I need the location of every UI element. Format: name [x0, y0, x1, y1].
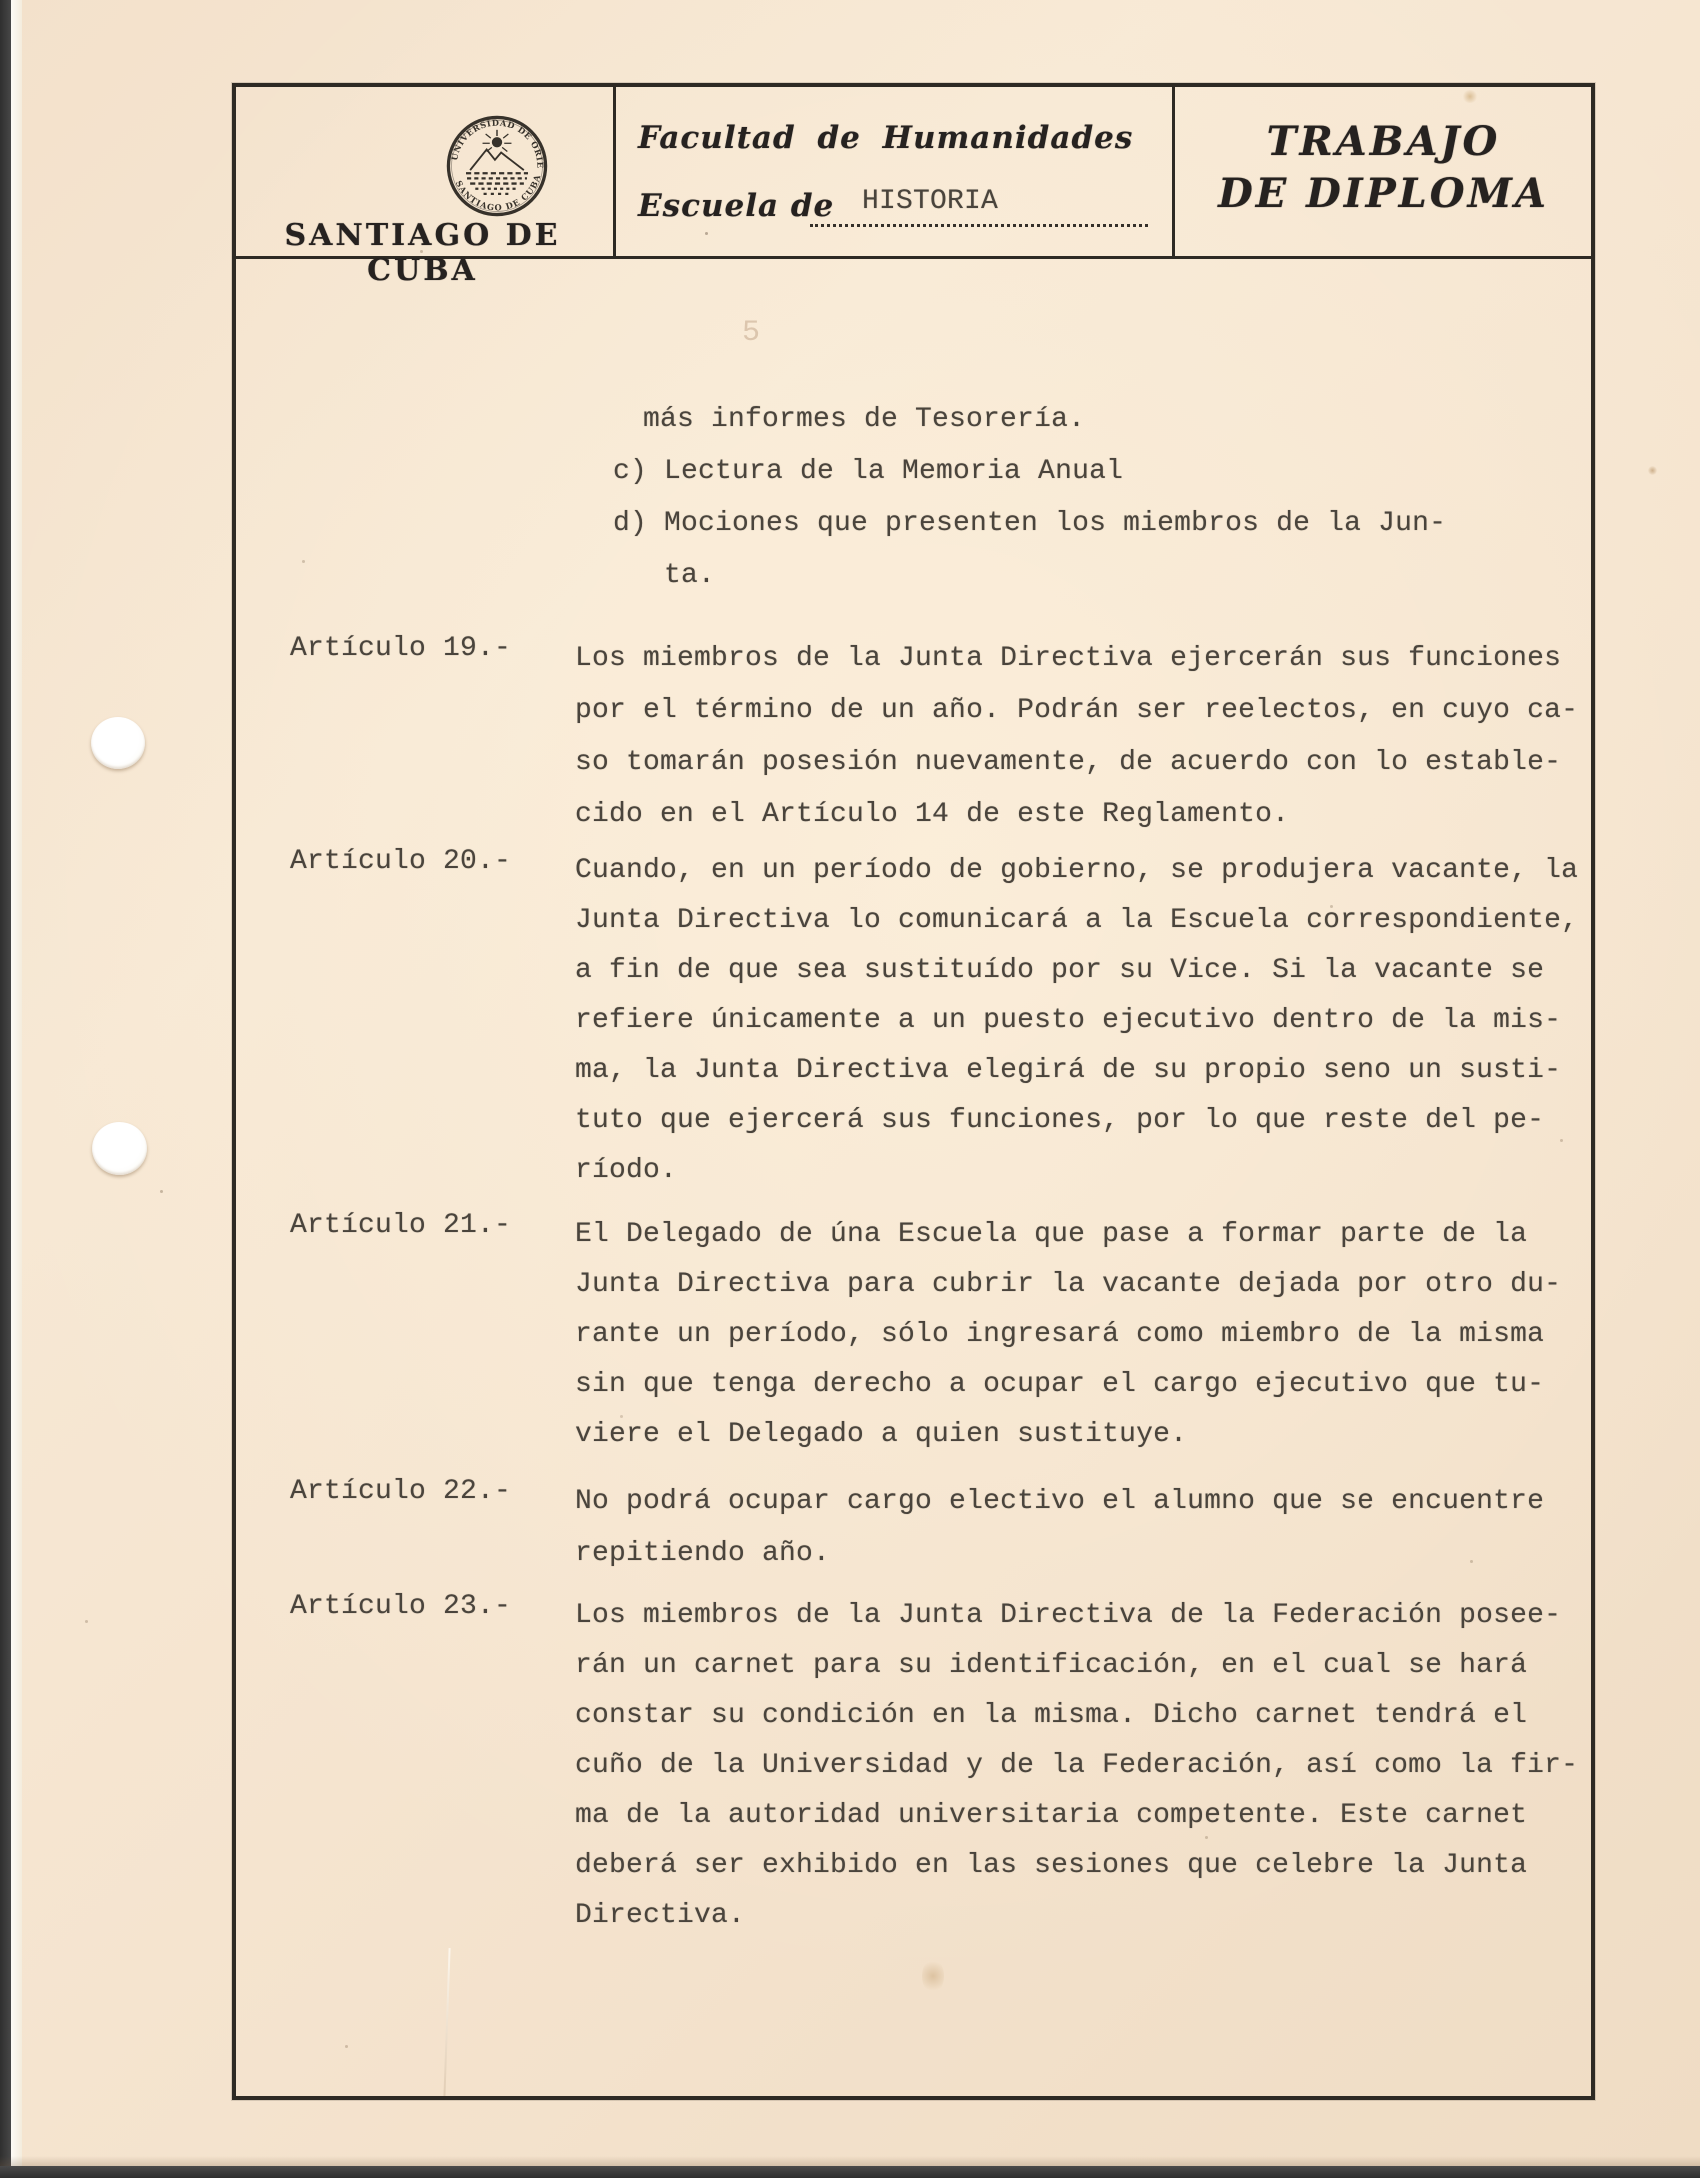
seal-sea-icon — [466, 173, 528, 194]
text-line: Junta Directiva lo comunicará a la Escue… — [575, 896, 1578, 946]
text-line: Cuando, en un período de gobierno, se pr… — [575, 846, 1578, 896]
text-line: a fin de que sea sustituído por su Vice.… — [575, 946, 1578, 996]
article-label: Artículo 21.- — [290, 1210, 511, 1241]
article-body: Cuando, en un período de gobierno, se pr… — [575, 846, 1578, 1196]
article-body: Los miembros de la Junta Directiva ejerc… — [575, 633, 1578, 841]
list-item-d-marker: d) — [613, 508, 647, 539]
text-line: cuño de la Universidad y de la Federació… — [575, 1741, 1578, 1791]
page-number: 5 — [742, 316, 760, 350]
article-body: No podrá ocupar cargo electivo el alumno… — [575, 1476, 1544, 1580]
article-19: Artículo 19.- Los miembros de la Junta D… — [290, 633, 1578, 841]
university-seal-icon: UNIVERSIDAD DE ORIENTE SANTIAGO DE CUBA — [435, 104, 559, 228]
header-divider-1 — [613, 83, 616, 259]
faculty-name: Facultad de Humanidades — [638, 120, 1133, 156]
article-body: El Delegado de úna Escuela que pase a fo… — [575, 1210, 1561, 1460]
paper-stain — [1648, 466, 1657, 475]
text-line: refiere únicamente a un puesto ejecutivo… — [575, 996, 1578, 1046]
text-line: No podrá ocupar cargo electivo el alumno… — [575, 1476, 1544, 1528]
seal-top-text: UNIVERSIDAD DE ORIENTE — [435, 104, 545, 169]
scanner-edge-bottom — [0, 2166, 1700, 2178]
text-line: cido en el Artículo 14 de este Reglament… — [575, 789, 1578, 841]
text-line: constar su condición en la misma. Dicho … — [575, 1691, 1578, 1741]
text-line: repitiendo año. — [575, 1528, 1544, 1580]
article-22: Artículo 22.- No podrá ocupar cargo elec… — [290, 1476, 1544, 1580]
article-label: Artículo 20.- — [290, 846, 511, 877]
list-item-d-text: Mociones que presenten los miembros de l… — [664, 508, 1446, 539]
text-line: deberá ser exhibido en las sesiones que … — [575, 1841, 1578, 1891]
article-label: Artículo 22.- — [290, 1476, 511, 1507]
article-label: Artículo 23.- — [290, 1591, 511, 1622]
article-body: Los miembros de la Junta Directiva de la… — [575, 1591, 1578, 1941]
list-item-c-marker: c) — [613, 456, 647, 487]
doc-type-line2: DE DIPLOMA — [1172, 168, 1595, 220]
article-20: Artículo 20.- Cuando, en un período de g… — [290, 846, 1578, 1196]
text-line: Directiva. — [575, 1891, 1578, 1941]
text-line: Junta Directiva para cubrir la vacante d… — [575, 1260, 1561, 1310]
paper-edge-bottom-shadow — [0, 2156, 1700, 2166]
text-line: rán un carnet para su identificación, en… — [575, 1641, 1578, 1691]
list-item-c-text: Lectura de la Memoria Anual — [664, 456, 1123, 487]
seal-mountains-icon — [470, 149, 524, 170]
list-continuation: más informes de Tesorería. — [643, 404, 1085, 435]
text-line: ma, la Junta Directiva elegirá de su pro… — [575, 1046, 1578, 1096]
text-line: rante un período, sólo ingresará como mi… — [575, 1310, 1561, 1360]
punch-hole — [91, 717, 145, 769]
article-label: Artículo 19.- — [290, 633, 511, 664]
list-item-d-text-continuation: ta. — [664, 560, 715, 591]
text-line: so tomarán posesión nuevamente, de acuer… — [575, 737, 1578, 789]
text-line: ríodo. — [575, 1146, 1578, 1196]
text-line: sin que tenga derecho a ocupar el cargo … — [575, 1360, 1561, 1410]
text-line: ma de la autoridad universitaria compete… — [575, 1791, 1578, 1841]
city-name: SANTIAGO DE CUBA — [232, 218, 613, 288]
doc-type-title: TRABAJO DE DIPLOMA — [1172, 116, 1595, 220]
school-label: Escuela de — [638, 188, 834, 224]
scanned-document-page: UNIVERSIDAD DE ORIENTE SANTIAGO DE CUBA … — [0, 0, 1700, 2178]
article-23: Artículo 23.- Los miembros de la Junta D… — [290, 1591, 1578, 1941]
text-line: viere el Delegado a quien sustituye. — [575, 1410, 1561, 1460]
paper-edge-left — [11, 0, 22, 2178]
punch-hole — [92, 1122, 147, 1175]
text-line: Los miembros de la Junta Directiva de la… — [575, 1591, 1578, 1641]
svg-text:UNIVERSIDAD DE ORIENTE: UNIVERSIDAD DE ORIENTE — [435, 104, 545, 169]
scanner-edge-left — [0, 0, 11, 2178]
text-line: El Delegado de úna Escuela que pase a fo… — [575, 1210, 1561, 1260]
article-21: Artículo 21.- El Delegado de úna Escuela… — [290, 1210, 1561, 1460]
doc-type-line1: TRABAJO — [1172, 116, 1595, 168]
text-line: Los miembros de la Junta Directiva ejerc… — [575, 633, 1578, 685]
school-value: HISTORIA — [862, 186, 998, 217]
text-line: por el término de un año. Podrán ser ree… — [575, 685, 1578, 737]
text-line: tuto que ejercerá sus funciones, por lo … — [575, 1096, 1578, 1146]
